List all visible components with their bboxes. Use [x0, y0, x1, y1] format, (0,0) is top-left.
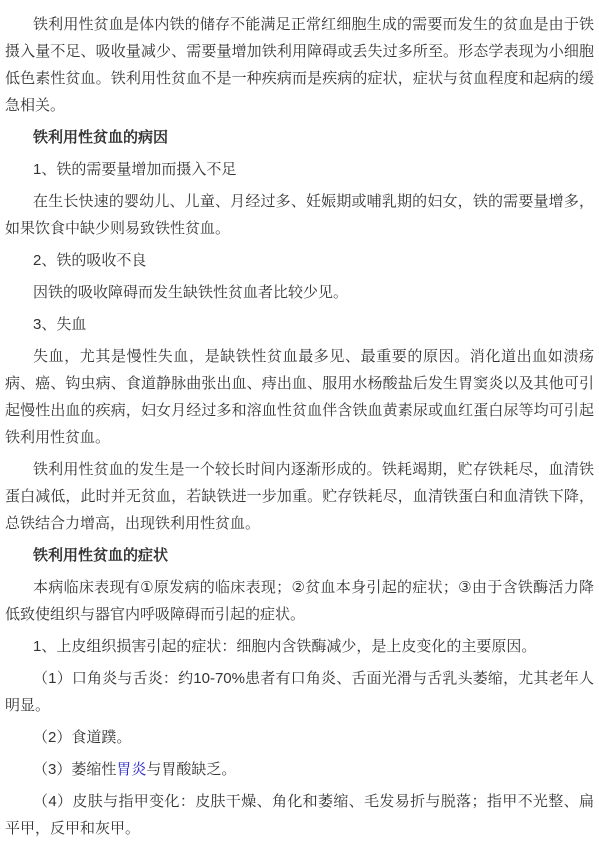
cause-3-title: 3、失血	[5, 311, 594, 338]
symptom-sub-3: （3）萎缩性胃炎与胃酸缺乏。	[5, 756, 594, 783]
symptom-sub-1: （1）口角炎与舌炎：约10-70%患者有口角炎、舌面光滑与舌乳头萎缩，尤其老年人…	[5, 665, 594, 719]
symptom-sub-3-pre: （3）萎缩性	[33, 761, 116, 778]
article: 铁利用性贫血是体内铁的储存不能满足正常红细胞生成的需要而发生的贫血是由于铁摄入量…	[0, 0, 599, 853]
symptom-item-1: 1、上皮组织损害引起的症状：细胞内含铁酶减少，是上皮变化的主要原因。	[5, 633, 594, 660]
symptom-sub-4: （4）皮肤与指甲变化：皮肤干燥、角化和萎缩、毛发易折与脱落；指甲不光整、扁平甲，…	[5, 788, 594, 842]
symptom-sub-3-post: 与胃酸缺乏。	[146, 761, 236, 778]
symptom-sub-2: （2）食道蹼。	[5, 724, 594, 751]
cause-2-title: 2、铁的吸收不良	[5, 247, 594, 274]
symptoms-heading: 铁利用性贫血的症状	[5, 542, 594, 569]
cause-3-body: 失血，尤其是慢性失血，是缺铁性贫血最多见、最重要的原因。消化道出血如溃疡病、癌、…	[5, 343, 594, 451]
intro-paragraph: 铁利用性贫血是体内铁的储存不能满足正常红细胞生成的需要而发生的贫血是由于铁摄入量…	[5, 11, 594, 119]
cause-1-body: 在生长快速的婴幼儿、儿童、月经过多、妊娠期或哺乳期的妇女，铁的需要量增多，如果饮…	[5, 188, 594, 242]
symptoms-overview: 本病临床表现有①原发病的临床表现；②贫血本身引起的症状；③由于含铁酶活力降低致使…	[5, 574, 594, 628]
cause-2-body: 因铁的吸收障碍而发生缺铁性贫血者比较少见。	[5, 279, 594, 306]
causes-heading: 铁利用性贫血的病因	[5, 124, 594, 151]
cause-1-title: 1、铁的需要量增加而摄入不足	[5, 156, 594, 183]
cause-development-paragraph: 铁利用性贫血的发生是一个较长时间内逐渐形成的。铁耗竭期，贮存铁耗尽，血清铁蛋白减…	[5, 456, 594, 537]
gastritis-link[interactable]: 胃炎	[116, 761, 146, 778]
